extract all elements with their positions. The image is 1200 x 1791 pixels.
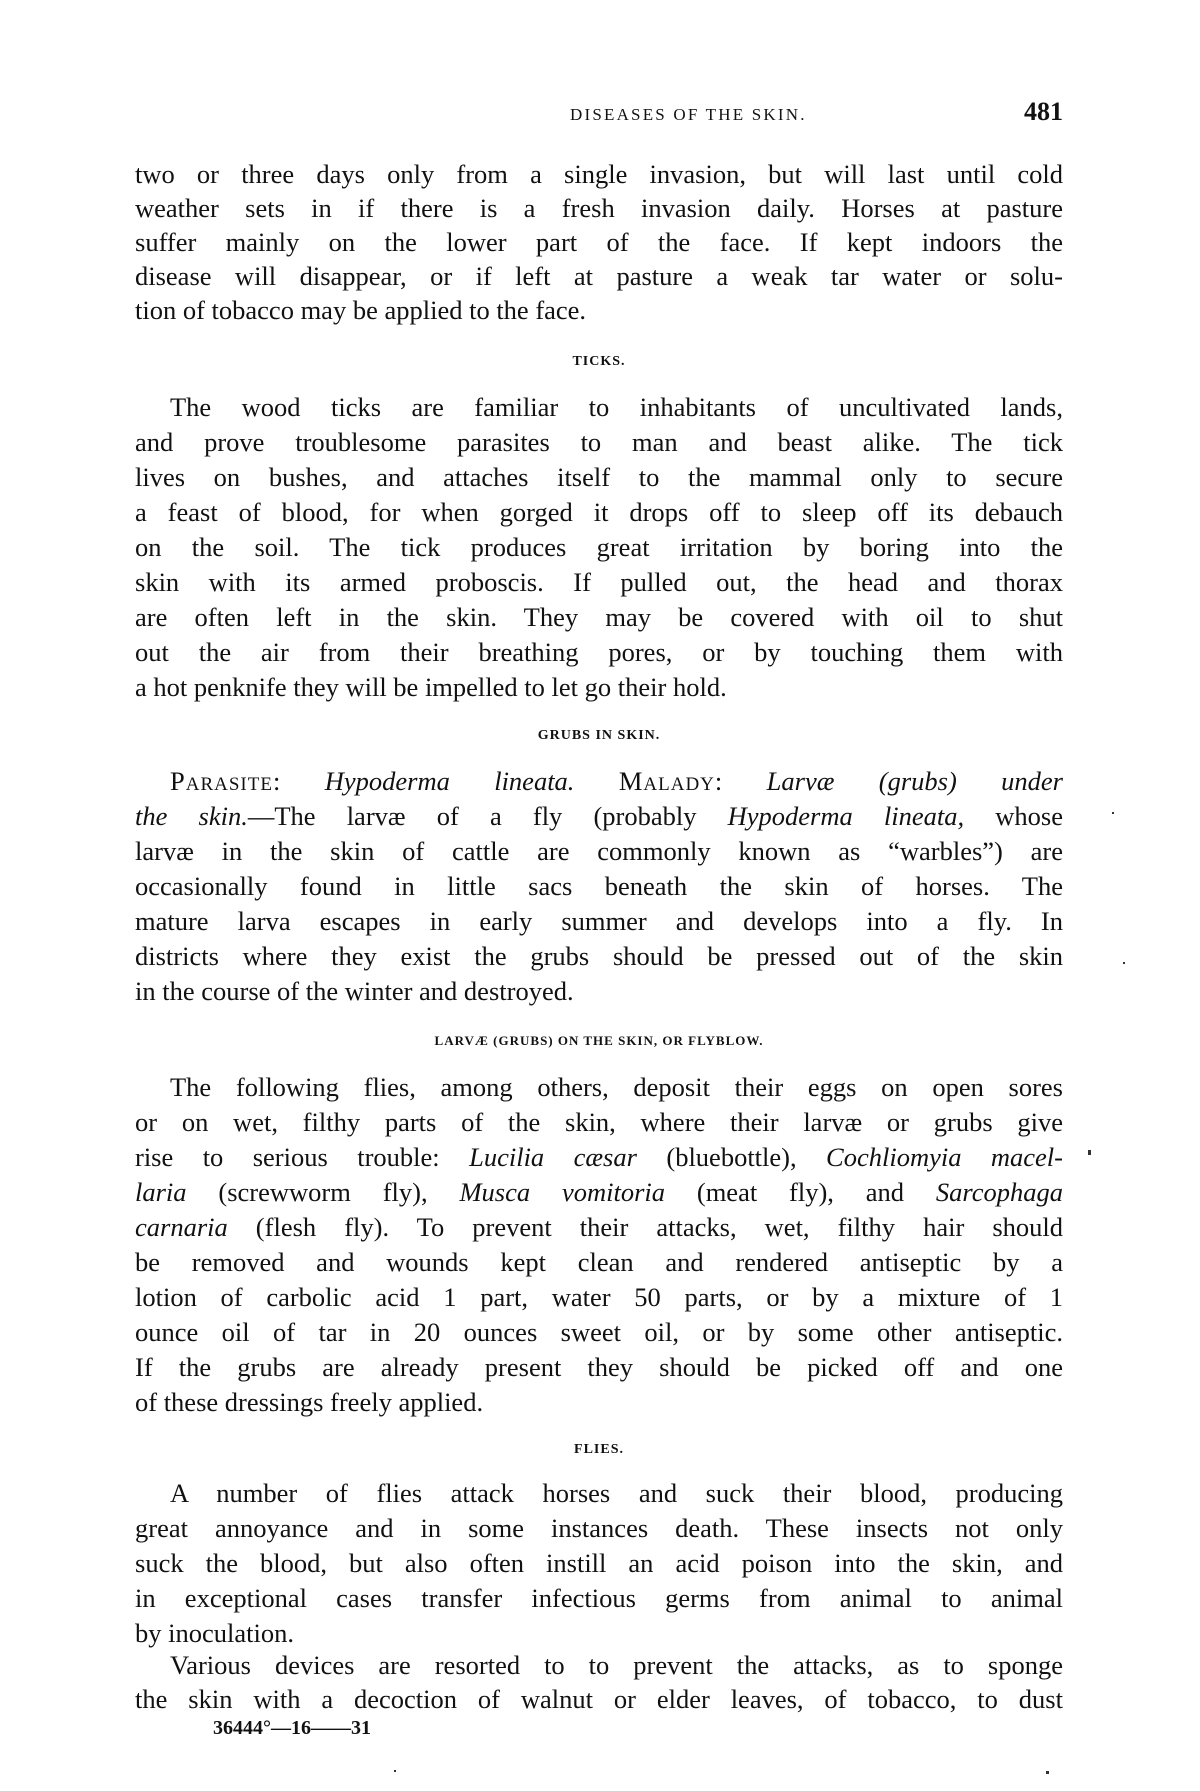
text-line: be removed and wounds kept clean and ren… (135, 1245, 1063, 1279)
signature-mark: 36444°—16——31 (213, 1716, 371, 1740)
text-line: Parasite: Hypoderma lineata. Malady: Lar… (170, 764, 1063, 798)
species-name: Cochliomyia macel- (826, 1142, 1063, 1172)
text-line: occasionally found in little sacs beneat… (135, 869, 1063, 903)
text-line: The wood ticks are familiar to inhabitan… (170, 390, 1063, 424)
parasite-name: Hypoderma lineata. (325, 766, 575, 796)
section-heading-ticks: TICKS. (135, 352, 1063, 372)
text-line: the skin.—The larvæ of a fly (probably H… (135, 799, 1063, 833)
text-line: A number of flies attack horses and suck… (170, 1476, 1063, 1510)
text-line: weather sets in if there is a fresh inva… (135, 191, 1063, 225)
section-heading-flies: FLIES. (135, 1440, 1063, 1460)
text-line: a hot penknife they will be impelled to … (135, 670, 1063, 704)
text-line: two or three days only from a single inv… (135, 157, 1063, 191)
text-line: of these dressings freely applied. (135, 1385, 1063, 1419)
malady-label: Malady (619, 766, 715, 796)
species-name: laria (135, 1177, 187, 1207)
text-line: districts where they exist the grubs sho… (135, 939, 1063, 973)
section-heading-grubs-in-skin: GRUBS IN SKIN. (135, 726, 1063, 746)
text-line: in exceptional cases transfer infectious… (135, 1581, 1063, 1615)
text-line: tion of tobacco may be applied to the fa… (135, 293, 1063, 327)
text-line: lives on bushes, and attaches itself to … (135, 460, 1063, 494)
text-line: rise to serious trouble: Lucilia cæsar (… (135, 1140, 1063, 1174)
species-name: Musca vomitoria (459, 1177, 665, 1207)
text-fragment: —The larvæ of a fly (probably (248, 801, 728, 831)
malady-name-cont: the skin. (135, 801, 248, 831)
text-line: laria (screwworm fly), Musca vomitoria (… (135, 1175, 1063, 1209)
text-line: on the soil. The tick produces great irr… (135, 530, 1063, 564)
species-name: Lucilia cæsar (469, 1142, 637, 1172)
text-line: the skin with a decoction of walnut or e… (135, 1682, 1063, 1716)
species-name: Sarcophaga (936, 1177, 1063, 1207)
text-line: suffer mainly on the lower part of the f… (135, 225, 1063, 259)
text-line: disease will disappear, or if left at pa… (135, 259, 1063, 293)
text-fragment: (screwworm fly), (187, 1177, 460, 1207)
text-line: or on wet, filthy parts of the skin, whe… (135, 1105, 1063, 1139)
text-fragment: (bluebottle), (637, 1142, 826, 1172)
text-line: ounce oil of tar in 20 ounces sweet oil,… (135, 1315, 1063, 1349)
running-title: DISEASES OF THE SKIN. (570, 100, 807, 130)
text-fragment: (meat fly), and (665, 1177, 936, 1207)
parasite-label: Parasite (170, 766, 273, 796)
text-line: in the course of the winter and destroye… (135, 974, 1063, 1008)
text-fragment: (flesh fly). To prevent their attacks, w… (228, 1212, 1063, 1242)
text-line: The following flies, among others, depos… (170, 1070, 1063, 1104)
malady-name: Larvæ (grubs) under (767, 766, 1063, 796)
text-line: carnaria (flesh fly). To prevent their a… (135, 1210, 1063, 1244)
text-line: lotion of carbolic acid 1 part, water 50… (135, 1280, 1063, 1314)
page-number: 481 (1024, 97, 1063, 127)
text-line: mature larva escapes in early summer and… (135, 904, 1063, 938)
scan-speck (394, 1770, 396, 1772)
species-name: Hypoderma lineata, (728, 801, 965, 831)
text-line: If the grubs are already present they sh… (135, 1350, 1063, 1384)
text-line: Various devices are resorted to to preve… (170, 1648, 1063, 1682)
text-line: by inoculation. (135, 1616, 1063, 1650)
text-fragment: rise to serious trouble: (135, 1142, 469, 1172)
scan-speck (1112, 812, 1114, 814)
scan-speck (1046, 1771, 1049, 1774)
text-line: skin with its armed proboscis. If pulled… (135, 565, 1063, 599)
text-line: are often left in the skin. They may be … (135, 600, 1063, 634)
species-name: carnaria (135, 1212, 228, 1242)
text-line: a feast of blood, for when gorged it dro… (135, 495, 1063, 529)
text-line: out the air from their breathing pores, … (135, 635, 1063, 669)
book-page: DISEASES OF THE SKIN. 481 two or three d… (0, 0, 1200, 1791)
text-line: and prove troublesome parasites to man a… (135, 425, 1063, 459)
text-line: larvæ in the skin of cattle are commonly… (135, 834, 1063, 868)
text-fragment: whose (964, 801, 1063, 831)
scan-speck (1088, 1150, 1091, 1155)
section-heading-flyblow: LARVÆ (GRUBS) ON THE SKIN, OR FLYBLOW. (135, 1031, 1063, 1051)
text-line: suck the blood, but also often instill a… (135, 1546, 1063, 1580)
running-head: DISEASES OF THE SKIN. 481 (135, 100, 1063, 130)
text-line: great annoyance and in some instances de… (135, 1511, 1063, 1545)
scan-speck (1123, 962, 1125, 964)
